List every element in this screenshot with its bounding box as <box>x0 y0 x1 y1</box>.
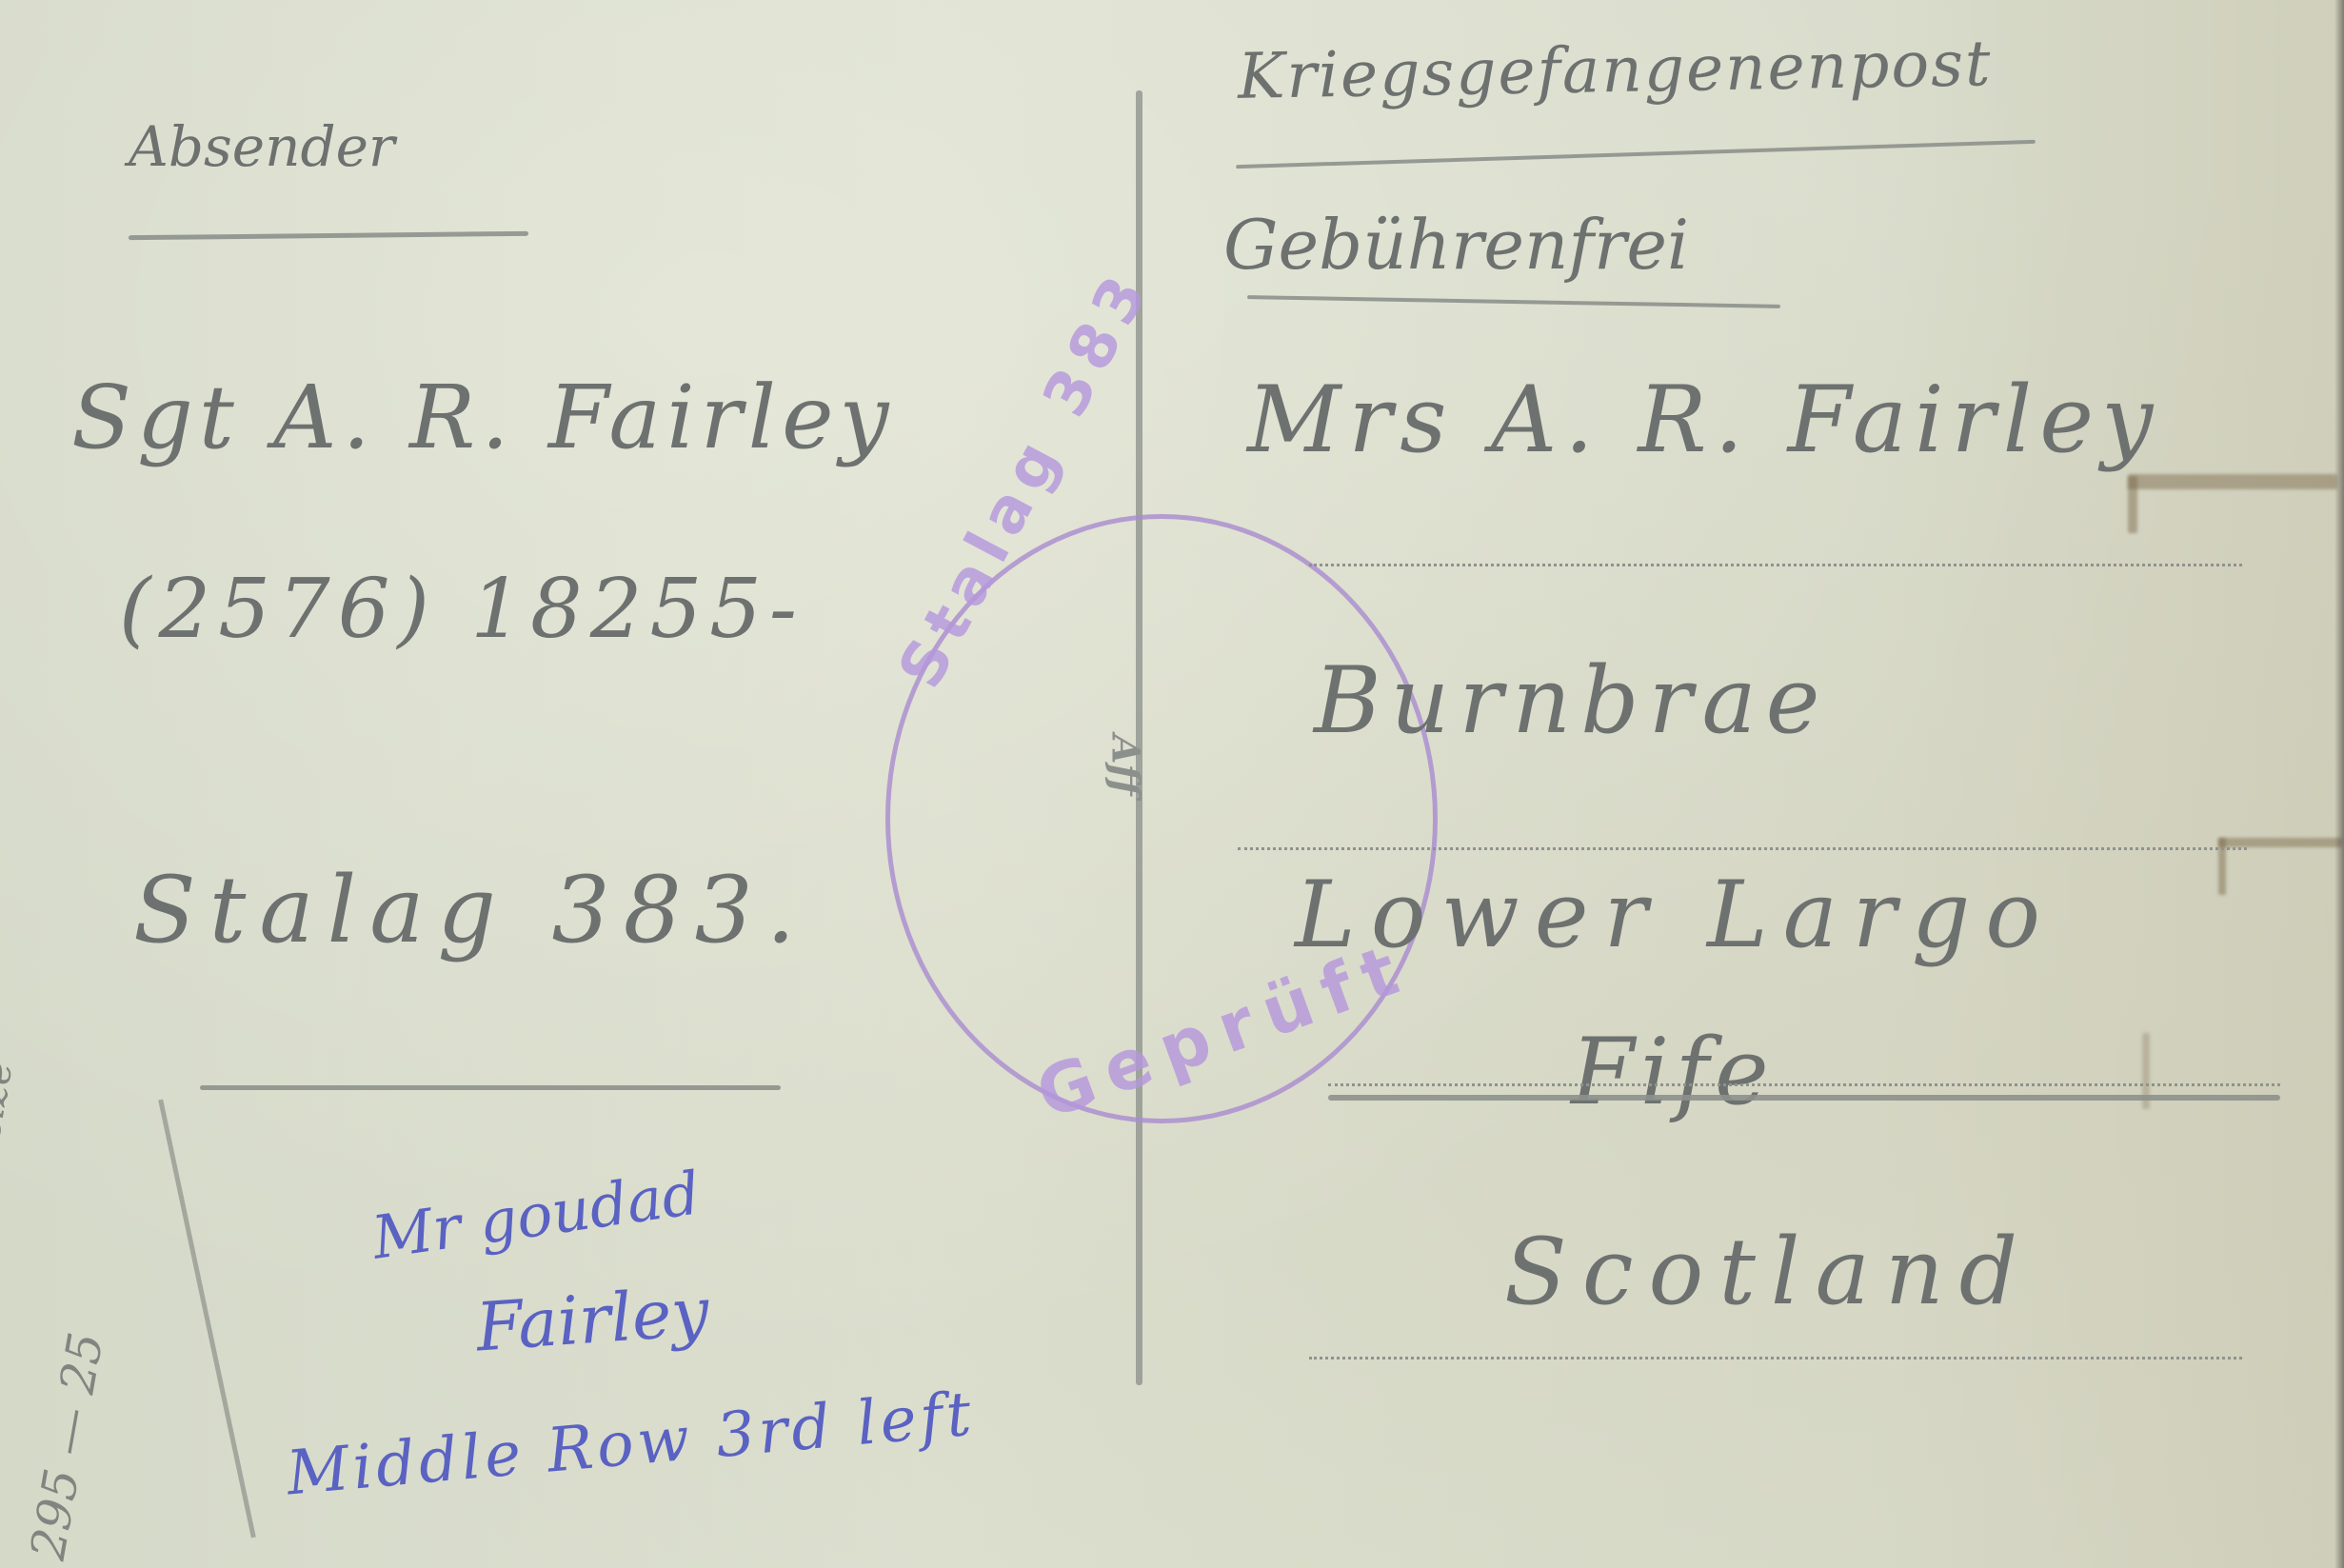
address-line-1 <box>1309 564 2242 566</box>
address-line-3 <box>1328 1083 2280 1086</box>
margin-note-line: 1 to 2 size <box>0 902 51 1269</box>
postcard-back: Absender Sgt A. R. Fairley (2576) 18255-… <box>0 0 2344 1568</box>
sender-number: (2576) 18255- <box>119 562 805 657</box>
censor-initials: Aff <box>1103 734 1148 795</box>
sender-bottom-line <box>200 1085 781 1090</box>
postage-underline <box>1247 295 1780 308</box>
sender-camp: Stalag 383. <box>133 857 808 963</box>
address-line-2 <box>1238 847 2247 850</box>
recipient-line-2: Lower Largo <box>1295 862 2056 968</box>
paper-edge <box>2334 0 2344 1568</box>
recipient-country: Scotland <box>1504 1219 2033 1325</box>
age-stain <box>2128 476 2137 533</box>
age-stain <box>2218 838 2342 847</box>
age-stain <box>2218 838 2226 895</box>
recipient-name: Mrs A. R. Fairley <box>1247 367 2160 473</box>
address-solid-line <box>1328 1095 2280 1101</box>
header-underline <box>1236 140 2036 169</box>
recipient-line-3: Fife <box>1571 1019 1775 1125</box>
margin-note: Sent 3rd from left middle row. #5 1 to 2… <box>0 883 51 1269</box>
blue-note-line-3: Middle Row 3rd left <box>284 1379 978 1510</box>
blue-note-line-2: Fairley <box>473 1273 711 1367</box>
sender-label: Absender <box>129 114 395 179</box>
margin-diagonal-line <box>158 1100 256 1538</box>
recipient-line-1: Burnbrae <box>1314 647 1829 754</box>
margin-numbers: 295 — 25 <box>20 1328 114 1563</box>
sender-label-underline <box>129 231 528 240</box>
address-line-4 <box>1309 1357 2242 1360</box>
blue-note-line-1: Mr goudad <box>368 1158 705 1272</box>
postage-free-label: Gebührenfrei <box>1223 205 1689 285</box>
age-stain <box>2128 474 2337 489</box>
sender-name: Sgt A. R. Fairley <box>71 367 895 468</box>
postcard-type-header: Kriegsgefangenenpost <box>1237 27 1993 113</box>
